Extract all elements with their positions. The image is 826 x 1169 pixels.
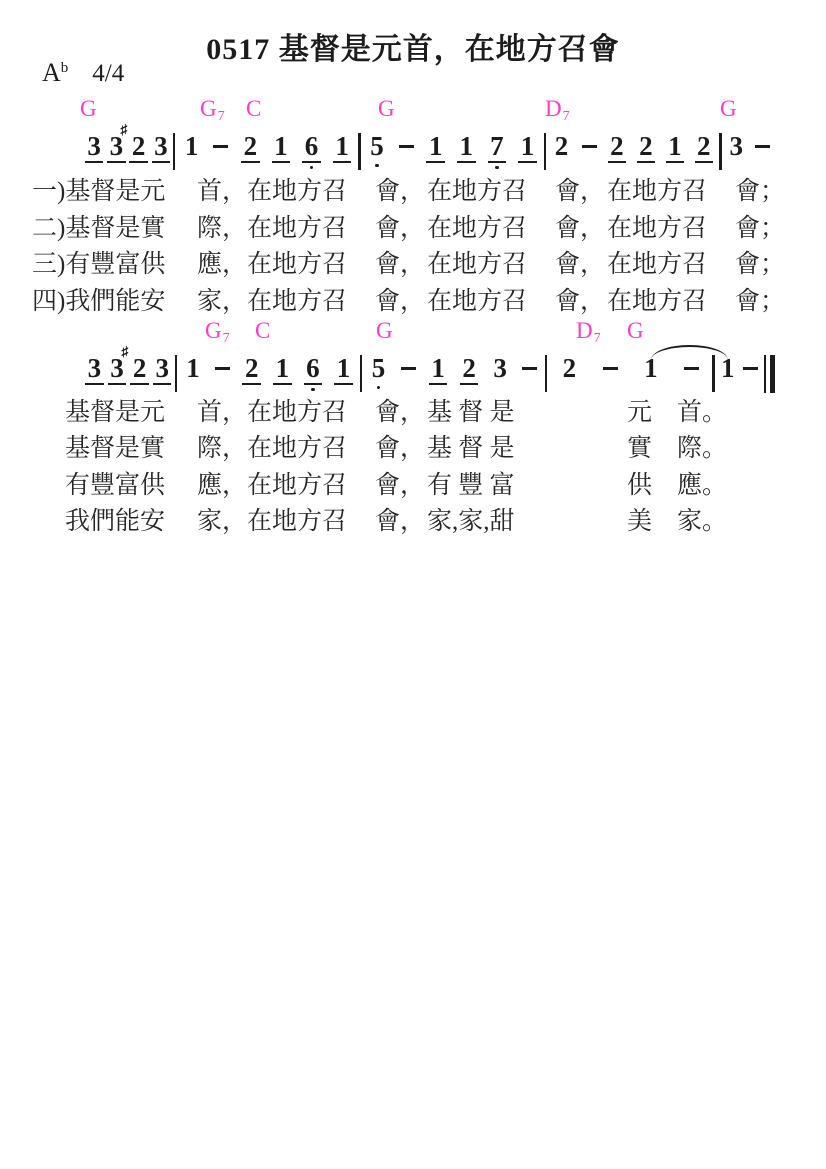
- dash-note: [581, 133, 597, 148]
- note: 2: [695, 133, 714, 163]
- note: 3: [727, 133, 746, 161]
- dash-note: [213, 133, 229, 148]
- note-number: 2: [242, 355, 261, 385]
- note-number: 2: [241, 133, 260, 163]
- note-number: 1: [518, 133, 537, 163]
- note: ♯2: [129, 133, 148, 163]
- lyric-segment: 在地方召: [247, 471, 347, 501]
- note: 2: [241, 133, 260, 163]
- lyric-segment: 在地方召: [247, 214, 347, 244]
- lyric-segment: 會，: [555, 287, 605, 317]
- note-number: 1: [457, 133, 476, 163]
- chord-root: C: [246, 96, 261, 121]
- lyric-segment: 應。: [677, 471, 727, 501]
- key-letter: A: [42, 58, 61, 87]
- note: 6: [304, 355, 323, 391]
- note-number: 3: [727, 133, 746, 161]
- lyric-segment: 首，: [197, 177, 247, 207]
- note: 3: [491, 355, 510, 383]
- note: 2: [242, 355, 261, 385]
- lyric-segment: 在地方召: [427, 177, 527, 207]
- lyric-segment: 有豐富供: [65, 471, 165, 501]
- lyric-segment: 在地方召: [427, 287, 527, 317]
- tie-arc: [651, 345, 728, 360]
- chord-root: D: [545, 96, 562, 121]
- lyric-segment: 會；: [735, 214, 785, 244]
- note-number: 1: [333, 133, 352, 163]
- barline: [175, 355, 177, 392]
- note-number: 5: [368, 133, 387, 161]
- note: 3: [153, 355, 172, 385]
- note: 2: [560, 355, 579, 383]
- note: 2: [608, 133, 627, 163]
- barline: [360, 355, 362, 392]
- dash-mark: [743, 367, 758, 370]
- lyric-segment: 基督是實: [65, 434, 165, 464]
- note-number: 6: [304, 355, 323, 385]
- lyric-segment: 基督是元: [65, 398, 165, 428]
- lyric-segment: 在地方召: [427, 214, 527, 244]
- lyric-segment: 會，: [375, 507, 425, 537]
- note-number: 3: [491, 355, 510, 383]
- lyric-segment: 家,家,甜: [427, 507, 515, 537]
- note-number: 2: [695, 133, 714, 163]
- low-octave-dot-icon: [310, 166, 314, 170]
- verse-line-1: 一)基督是元首，在地方召會，在地方召會，在地方召會；: [0, 177, 826, 207]
- chord-root: G: [720, 96, 737, 121]
- final-bar-thick: [770, 355, 776, 393]
- lyric-segment: 會，: [375, 250, 425, 280]
- note: 1: [426, 133, 445, 163]
- dash-mark: [215, 367, 230, 370]
- note-number: 1: [334, 355, 353, 385]
- note-number: 3: [152, 133, 171, 163]
- note: 1: [273, 355, 292, 385]
- verse-line-3: 三)有豐富供應，在地方召會，在地方召會，在地方召會；: [0, 250, 826, 280]
- lyric-segment: 首。: [677, 398, 727, 428]
- note: 1: [457, 133, 476, 163]
- notation-line: 33♯23121615123211: [83, 355, 775, 393]
- note: 3: [152, 133, 171, 163]
- chord-label: G7: [200, 97, 225, 125]
- lyric-segment: 在地方召: [607, 177, 707, 207]
- lyric-segment: 會；: [735, 177, 785, 207]
- note: 6: [302, 133, 321, 169]
- note: 1: [184, 355, 203, 383]
- note: 2: [637, 133, 656, 163]
- chord-root: G: [627, 318, 644, 343]
- measure: 12161: [178, 355, 359, 391]
- chord-seventh: 7: [594, 331, 601, 346]
- chord-label: G: [720, 97, 737, 121]
- lyric-segment: 在地方召: [607, 214, 707, 244]
- chord-label: C: [255, 319, 270, 343]
- flat-mark: b: [61, 60, 69, 76]
- note-number: 7: [488, 133, 507, 163]
- lyric-segment: 在地方召: [247, 287, 347, 317]
- lyric-segment: 際，: [197, 434, 247, 464]
- measure: 22212: [547, 133, 718, 163]
- lyric-segment: 實: [627, 434, 652, 464]
- lyric-segment: 應，: [197, 250, 247, 280]
- note: 1: [333, 133, 352, 163]
- chord-label: C: [246, 97, 261, 121]
- chorus-line-1: 基督是元首，在地方召會，基 督 是元首。: [0, 398, 826, 428]
- lyric-segment: 四)我們能安: [32, 287, 165, 317]
- chord-label: G7: [205, 319, 230, 347]
- lyric-segment: 會，: [375, 434, 425, 464]
- lyric-segment: 一)基督是元: [32, 177, 165, 207]
- note: 1: [182, 133, 201, 161]
- measure: 51171: [362, 133, 543, 169]
- note-number: 1: [429, 355, 448, 385]
- hymn-sheet: 0517 基督是元首，在地方召會 Ab4/4 GG7CGD7GG7CGD7G33…: [0, 0, 826, 1169]
- note: 2: [460, 355, 479, 385]
- dash-note: [214, 355, 230, 370]
- dash-note: [743, 355, 759, 370]
- final-barline: [764, 355, 775, 393]
- barline: [719, 133, 721, 170]
- dash-mark: [582, 145, 597, 148]
- note-number: 1: [182, 133, 201, 161]
- note-number: 3: [85, 355, 104, 385]
- measure: 33♯23: [83, 355, 174, 385]
- chord-seventh: 7: [563, 109, 570, 124]
- chord-root: G: [80, 96, 97, 121]
- note: 3: [85, 355, 104, 385]
- barline: [712, 355, 714, 392]
- note-number: 2: [608, 133, 627, 163]
- dash-note: [400, 355, 416, 370]
- lyric-segment: 在地方召: [247, 434, 347, 464]
- dash-mark: [684, 367, 699, 370]
- note-number: 1: [426, 133, 445, 163]
- barline: [544, 133, 546, 170]
- note-number: 3: [153, 355, 172, 385]
- lyric-segment: 在地方召: [607, 250, 707, 280]
- low-octave-dot-icon: [375, 164, 379, 168]
- final-bar-thin: [764, 355, 766, 393]
- lyric-segment: 三)有豐富供: [32, 250, 165, 280]
- chord-seventh: 7: [218, 109, 225, 124]
- lyric-segment: 在地方召: [247, 507, 347, 537]
- chord-label: D7: [576, 319, 601, 347]
- dash-mark: [603, 367, 618, 370]
- note-number: 3: [85, 133, 104, 163]
- lyric-segment: 會，: [375, 471, 425, 501]
- dash-note: [754, 133, 770, 148]
- note: 2: [552, 133, 571, 161]
- note: 1: [666, 133, 685, 163]
- verse-line-2: 二)基督是實際，在地方召會，在地方召會，在地方召會；: [0, 214, 826, 244]
- chord-root: G: [205, 318, 222, 343]
- note: ♯2: [130, 355, 149, 385]
- dash-note: [522, 355, 538, 370]
- note: 5: [368, 133, 387, 167]
- lyric-segment: 會，: [375, 214, 425, 244]
- measure: 5123: [363, 355, 544, 389]
- low-octave-dot-icon: [495, 166, 499, 170]
- sharp-icon: ♯: [120, 124, 127, 138]
- measure: 12161: [176, 133, 357, 169]
- chorus-line-4: 我們能安家，在地方召會，家,家,甜美家。: [0, 507, 826, 537]
- notation-line: 33♯231216151171222123: [83, 133, 775, 170]
- lyric-segment: 基 督 是: [427, 434, 515, 464]
- chorus-line-3: 有豐富供應，在地方召會，有 豐 富供應。: [0, 471, 826, 501]
- note-number: 2: [129, 133, 148, 163]
- note: 1: [272, 133, 291, 163]
- dash-mark: [755, 145, 770, 148]
- lyric-segment: 會，: [555, 214, 605, 244]
- note-number: 1: [273, 355, 292, 385]
- lyric-segment: 基 督 是: [427, 398, 515, 428]
- note: 1: [429, 355, 448, 385]
- dash-note: [602, 355, 618, 370]
- sharp-icon: ♯: [121, 346, 128, 360]
- lyric-segment: 應，: [197, 471, 247, 501]
- chord-label: G: [378, 97, 395, 121]
- lyric-segment: 會，: [375, 177, 425, 207]
- note-number: 2: [460, 355, 479, 385]
- time-signature: 4/4: [92, 60, 124, 87]
- note-number: 2: [130, 355, 149, 385]
- lyric-segment: 在地方召: [427, 250, 527, 280]
- dash-mark: [399, 145, 414, 148]
- lyric-segment: 二)基督是實: [32, 214, 165, 244]
- low-octave-dot-icon: [377, 386, 381, 390]
- note-number: 1: [272, 133, 291, 163]
- lyric-segment: 會，: [555, 250, 605, 280]
- lyric-segment: 在地方召: [607, 287, 707, 317]
- chord-label: G: [376, 319, 393, 343]
- barline: [173, 133, 175, 170]
- measure: 3: [723, 133, 775, 161]
- note: 3: [85, 133, 104, 163]
- lyric-segment: 美: [627, 507, 652, 537]
- note: 5: [369, 355, 388, 389]
- note-number: 2: [560, 355, 579, 383]
- chord-seventh: 7: [223, 331, 230, 346]
- note: 1: [334, 355, 353, 385]
- key-signature: Ab4/4: [42, 58, 124, 88]
- lyric-segment: 會；: [735, 250, 785, 280]
- chord-root: D: [576, 318, 593, 343]
- lyric-segment: 際。: [677, 434, 727, 464]
- dash-mark: [401, 367, 416, 370]
- low-octave-dot-icon: [311, 388, 315, 392]
- dash-mark: [522, 367, 537, 370]
- lyric-segment: 在地方召: [247, 250, 347, 280]
- verse-line-4: 四)我們能安家，在地方召會，在地方召會，在地方召會；: [0, 287, 826, 317]
- lyric-segment: 家，: [197, 507, 247, 537]
- barline: [358, 133, 360, 170]
- lyric-segment: 在地方召: [247, 177, 347, 207]
- note-number: 6: [302, 133, 321, 163]
- note-number: 1: [184, 355, 203, 383]
- measure: 33♯23: [83, 133, 172, 163]
- lyric-segment: 在地方召: [247, 398, 347, 428]
- lyric-segment: 會，: [375, 287, 425, 317]
- note-number: 2: [552, 133, 571, 161]
- chord-root: G: [378, 96, 395, 121]
- lyric-segment: 會；: [735, 287, 785, 317]
- chord-root: G: [200, 96, 217, 121]
- lyric-segment: 際，: [197, 214, 247, 244]
- lyric-segment: 元: [627, 398, 652, 428]
- chord-root: G: [376, 318, 393, 343]
- note-number: 1: [666, 133, 685, 163]
- lyric-segment: 會，: [555, 177, 605, 207]
- note-number: 2: [637, 133, 656, 163]
- chord-label: G: [80, 97, 97, 121]
- lyric-segment: 家，: [197, 287, 247, 317]
- lyric-segment: 供: [627, 471, 652, 501]
- lyric-segment: 有 豐 富: [427, 471, 515, 501]
- dash-note: [398, 133, 414, 148]
- barline: [545, 355, 547, 392]
- note: 7: [488, 133, 507, 169]
- chord-label: D7: [545, 97, 570, 125]
- lyric-segment: 會，: [375, 398, 425, 428]
- lyric-segment: 我們能安: [65, 507, 165, 537]
- lyric-segment: 首，: [197, 398, 247, 428]
- chord-root: C: [255, 318, 270, 343]
- chord-label: G: [627, 319, 644, 343]
- chorus-line-2: 基督是實際，在地方召會，基 督 是實際。: [0, 434, 826, 464]
- dash-mark: [213, 145, 228, 148]
- lyric-segment: 家。: [677, 507, 727, 537]
- note: 1: [518, 133, 537, 163]
- note-number: 5: [369, 355, 388, 383]
